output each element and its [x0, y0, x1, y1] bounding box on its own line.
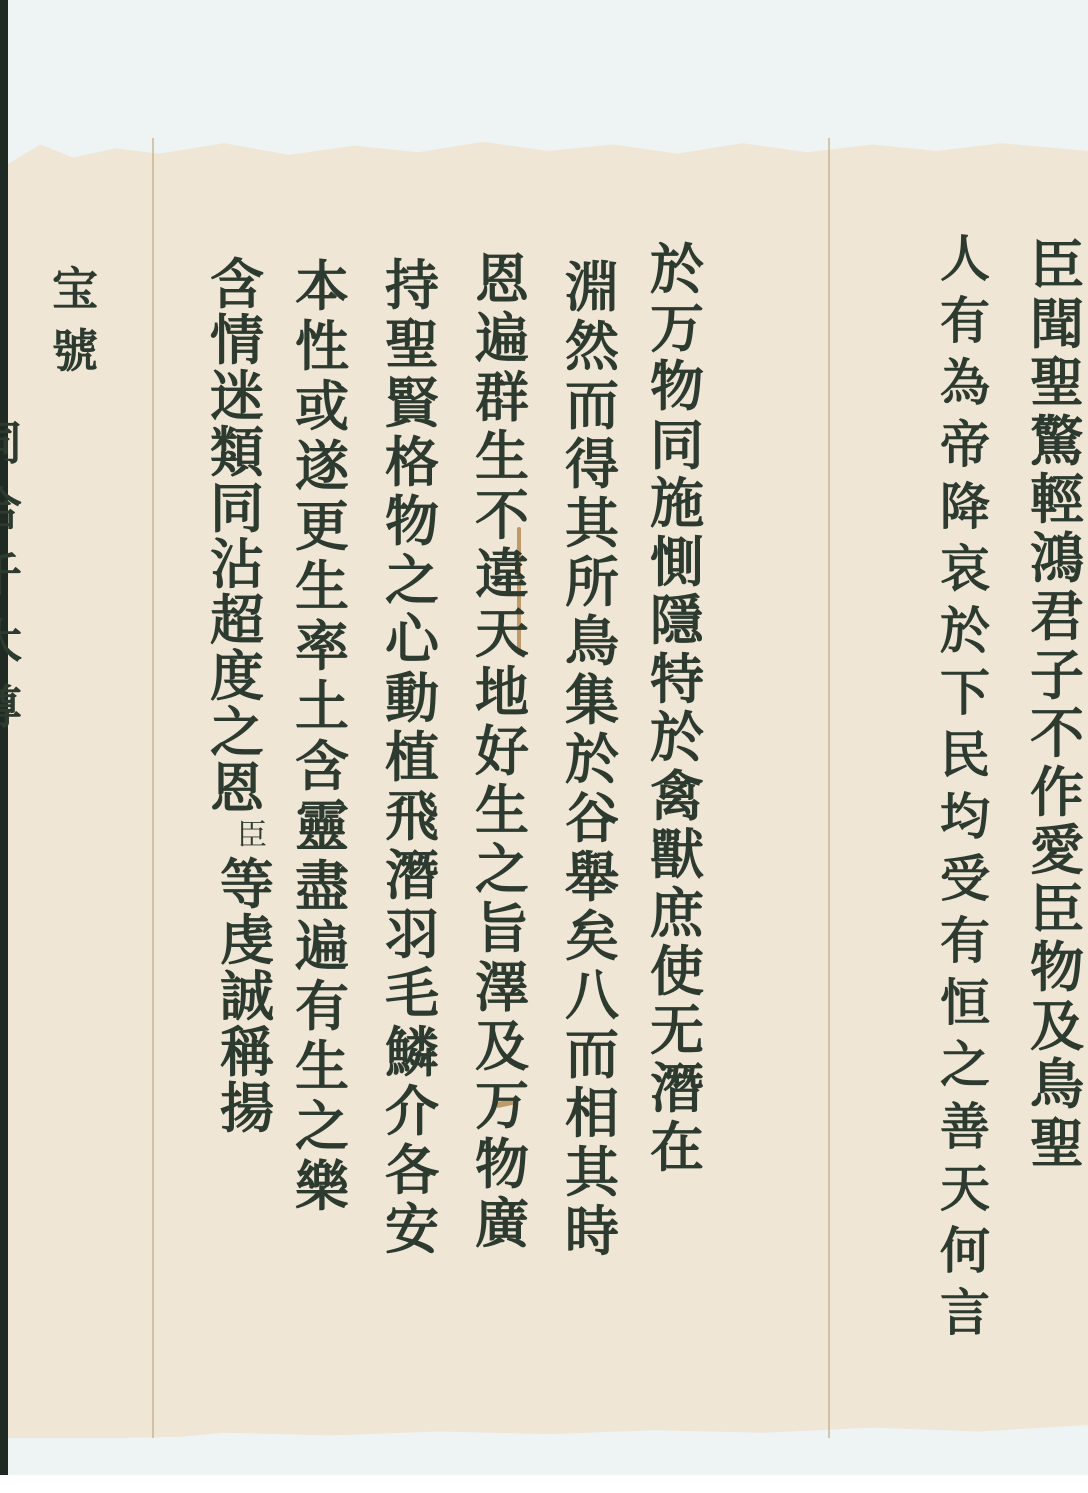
character: 言: [940, 1282, 990, 1344]
character: 或: [295, 376, 349, 436]
character: 在: [650, 1118, 704, 1177]
character: 惻: [650, 533, 704, 592]
character: 天: [940, 1158, 990, 1220]
character: 其: [565, 494, 619, 553]
character: 万: [650, 299, 704, 358]
character: 臣: [1030, 236, 1084, 295]
character: 廣: [475, 1194, 529, 1253]
character: 所: [565, 553, 619, 612]
character: 均: [940, 786, 990, 848]
character: 物: [475, 1135, 529, 1194]
character: 其: [565, 1143, 619, 1202]
character: 愛: [1030, 821, 1084, 880]
character: 合: [0, 476, 22, 542]
character: 旨: [475, 899, 529, 958]
character: 矣: [565, 907, 619, 966]
character: 盡: [295, 856, 349, 916]
treasure-title-label: 宝 號: [52, 258, 98, 382]
character: 集: [565, 671, 619, 730]
character: 而: [565, 376, 619, 435]
character: 之: [475, 840, 529, 899]
character: 有: [940, 290, 990, 352]
character: 於: [940, 600, 990, 662]
character: 超: [210, 592, 264, 648]
character: 鳥: [1030, 1055, 1084, 1114]
character: 聖: [1030, 353, 1084, 412]
character: 之: [295, 1096, 349, 1156]
manuscript-paper: [8, 138, 1088, 1438]
character: 土: [295, 676, 349, 736]
character: 万: [475, 1076, 529, 1135]
character: 下: [940, 662, 990, 724]
character: 物: [650, 357, 704, 416]
character: 同: [650, 416, 704, 475]
character: 遍: [475, 309, 529, 368]
character: 恩: [475, 250, 529, 309]
character: 誠: [200, 968, 274, 1024]
character: 聖: [1030, 1114, 1084, 1173]
character: 迷: [210, 368, 264, 424]
scanner-edge-bottom: [0, 1475, 1088, 1493]
character: 之: [210, 704, 264, 760]
character: 安: [385, 1200, 439, 1259]
character: 子: [1030, 646, 1084, 705]
character: 大: [0, 608, 22, 674]
partial-column-left: 同 合 千 大 尊: [0, 410, 22, 830]
character: 澤: [475, 958, 529, 1017]
character: 物: [385, 492, 439, 551]
character: 時: [565, 1202, 619, 1261]
text-column-middle-4: 持 聖 賢 格 物 之 心 動 植 飛 潛 羽 毛 鱗 介 各 安: [385, 256, 439, 1259]
text-column-right-1: 臣 聞 聖 驚 輕 鴻 君 子 不 作 愛 臣 物 及 鳥 聖: [1030, 236, 1084, 1172]
character: 格: [385, 433, 439, 492]
character: 生: [475, 781, 529, 840]
character: 无: [650, 1001, 704, 1060]
character: 介: [385, 1082, 439, 1141]
character: 君: [1030, 587, 1084, 646]
character: 潛: [650, 1059, 704, 1118]
character: 遍: [295, 916, 349, 976]
character: 同: [210, 480, 264, 536]
character: 宝: [52, 258, 98, 320]
character: 率: [295, 616, 349, 676]
character: 群: [475, 368, 529, 427]
character: 各: [385, 1141, 439, 1200]
character: 獸: [650, 825, 704, 884]
text-column-middle-6: 含 情 迷 類 同 沾 超 度 之 恩 臣 等 虔 誠 稱 揚: [200, 256, 274, 1136]
character: 禽: [650, 767, 704, 826]
character: 毛: [385, 964, 439, 1023]
character: 生: [295, 556, 349, 616]
character: 於: [565, 730, 619, 789]
character: 庶: [650, 884, 704, 943]
character: 淵: [565, 258, 619, 317]
character: 持: [385, 256, 439, 315]
character: 生: [475, 427, 529, 486]
character: 受: [940, 848, 990, 910]
character: 聖: [385, 315, 439, 374]
character: 物: [1030, 938, 1084, 997]
character: 不: [475, 486, 529, 545]
fold-line-right: [828, 138, 830, 1438]
text-column-middle-5: 本 性 或 遂 更 生 率 土 含 靈 盡 遍 有 生 之 樂: [295, 256, 349, 1216]
character: 鱗: [385, 1023, 439, 1082]
character: 更: [295, 496, 349, 556]
character: 虔: [200, 912, 274, 968]
character: 聞: [1030, 295, 1084, 354]
character: 之: [940, 1034, 990, 1096]
character: 人: [940, 228, 990, 290]
character: 恒: [940, 972, 990, 1034]
character: 等: [200, 856, 274, 912]
minister-self-reference: 臣: [207, 816, 267, 856]
character: 得: [565, 435, 619, 494]
character: 靈: [295, 796, 349, 856]
character: 降: [940, 476, 990, 538]
character: 違: [475, 545, 529, 604]
character: 好: [475, 722, 529, 781]
character: 哀: [940, 538, 990, 600]
character: 鴻: [1030, 529, 1084, 588]
character: 有: [940, 910, 990, 972]
character: 輕: [1030, 470, 1084, 529]
character: 之: [385, 551, 439, 610]
character: 性: [295, 316, 349, 376]
character: 隱: [650, 591, 704, 650]
character: 使: [650, 942, 704, 1001]
character: 不: [1030, 704, 1084, 763]
character: 臣: [1030, 880, 1084, 939]
fold-line-left: [152, 138, 154, 1438]
character: 善: [940, 1096, 990, 1158]
character: 本: [295, 256, 349, 316]
character: 施: [650, 474, 704, 533]
character: 度: [210, 648, 264, 704]
character: 羽: [385, 905, 439, 964]
character: 潛: [385, 846, 439, 905]
character: 沾: [210, 536, 264, 592]
character: 賢: [385, 374, 439, 433]
character: 有: [295, 976, 349, 1036]
character: 千: [0, 542, 22, 608]
character: 飛: [385, 787, 439, 846]
character: 同: [0, 410, 22, 476]
text-column-middle-1: 於 万 物 同 施 惻 隱 特 於 禽 獸 庶 使 无 潛 在: [650, 240, 704, 1176]
character: 帝: [940, 414, 990, 476]
character: 而: [565, 1025, 619, 1084]
character: 含: [210, 256, 264, 312]
character: 何: [940, 1220, 990, 1282]
character: 類: [210, 424, 264, 480]
character: 情: [210, 312, 264, 368]
character: 恩: [210, 760, 264, 816]
character: 樂: [295, 1156, 349, 1216]
character: 含: [295, 736, 349, 796]
character: 民: [940, 724, 990, 786]
character: 稱: [200, 1024, 274, 1080]
character: 谷: [565, 789, 619, 848]
character: 及: [1030, 997, 1084, 1056]
character: 特: [650, 650, 704, 709]
character: 於: [650, 240, 704, 299]
character: 植: [385, 728, 439, 787]
character: 揚: [200, 1080, 274, 1136]
character: 於: [650, 708, 704, 767]
text-column-right-2: 人 有 為 帝 降 哀 於 下 民 均 受 有 恒 之 善 天 何 言: [940, 228, 990, 1344]
text-column-middle-2: 淵 然 而 得 其 所 鳥 集 於 谷 舉 矣 八 而 相 其 時: [565, 258, 619, 1261]
character: 八: [565, 966, 619, 1025]
character: 號: [52, 320, 98, 382]
character: 驚: [1030, 412, 1084, 471]
character: 相: [565, 1084, 619, 1143]
character: 動: [385, 669, 439, 728]
character: 心: [385, 610, 439, 669]
text-column-middle-3: 恩 遍 群 生 不 違 天 地 好 生 之 旨 澤 及 万 物 廣: [475, 250, 529, 1253]
character: 地: [475, 663, 529, 722]
character: 天: [475, 604, 529, 663]
character: 作: [1030, 763, 1084, 822]
character: 鳥: [565, 612, 619, 671]
character: 生: [295, 1036, 349, 1096]
character: 及: [475, 1017, 529, 1076]
character: 為: [940, 352, 990, 414]
character: 然: [565, 317, 619, 376]
character: 遂: [295, 436, 349, 496]
character: 舉: [565, 848, 619, 907]
character: 尊: [0, 674, 22, 740]
